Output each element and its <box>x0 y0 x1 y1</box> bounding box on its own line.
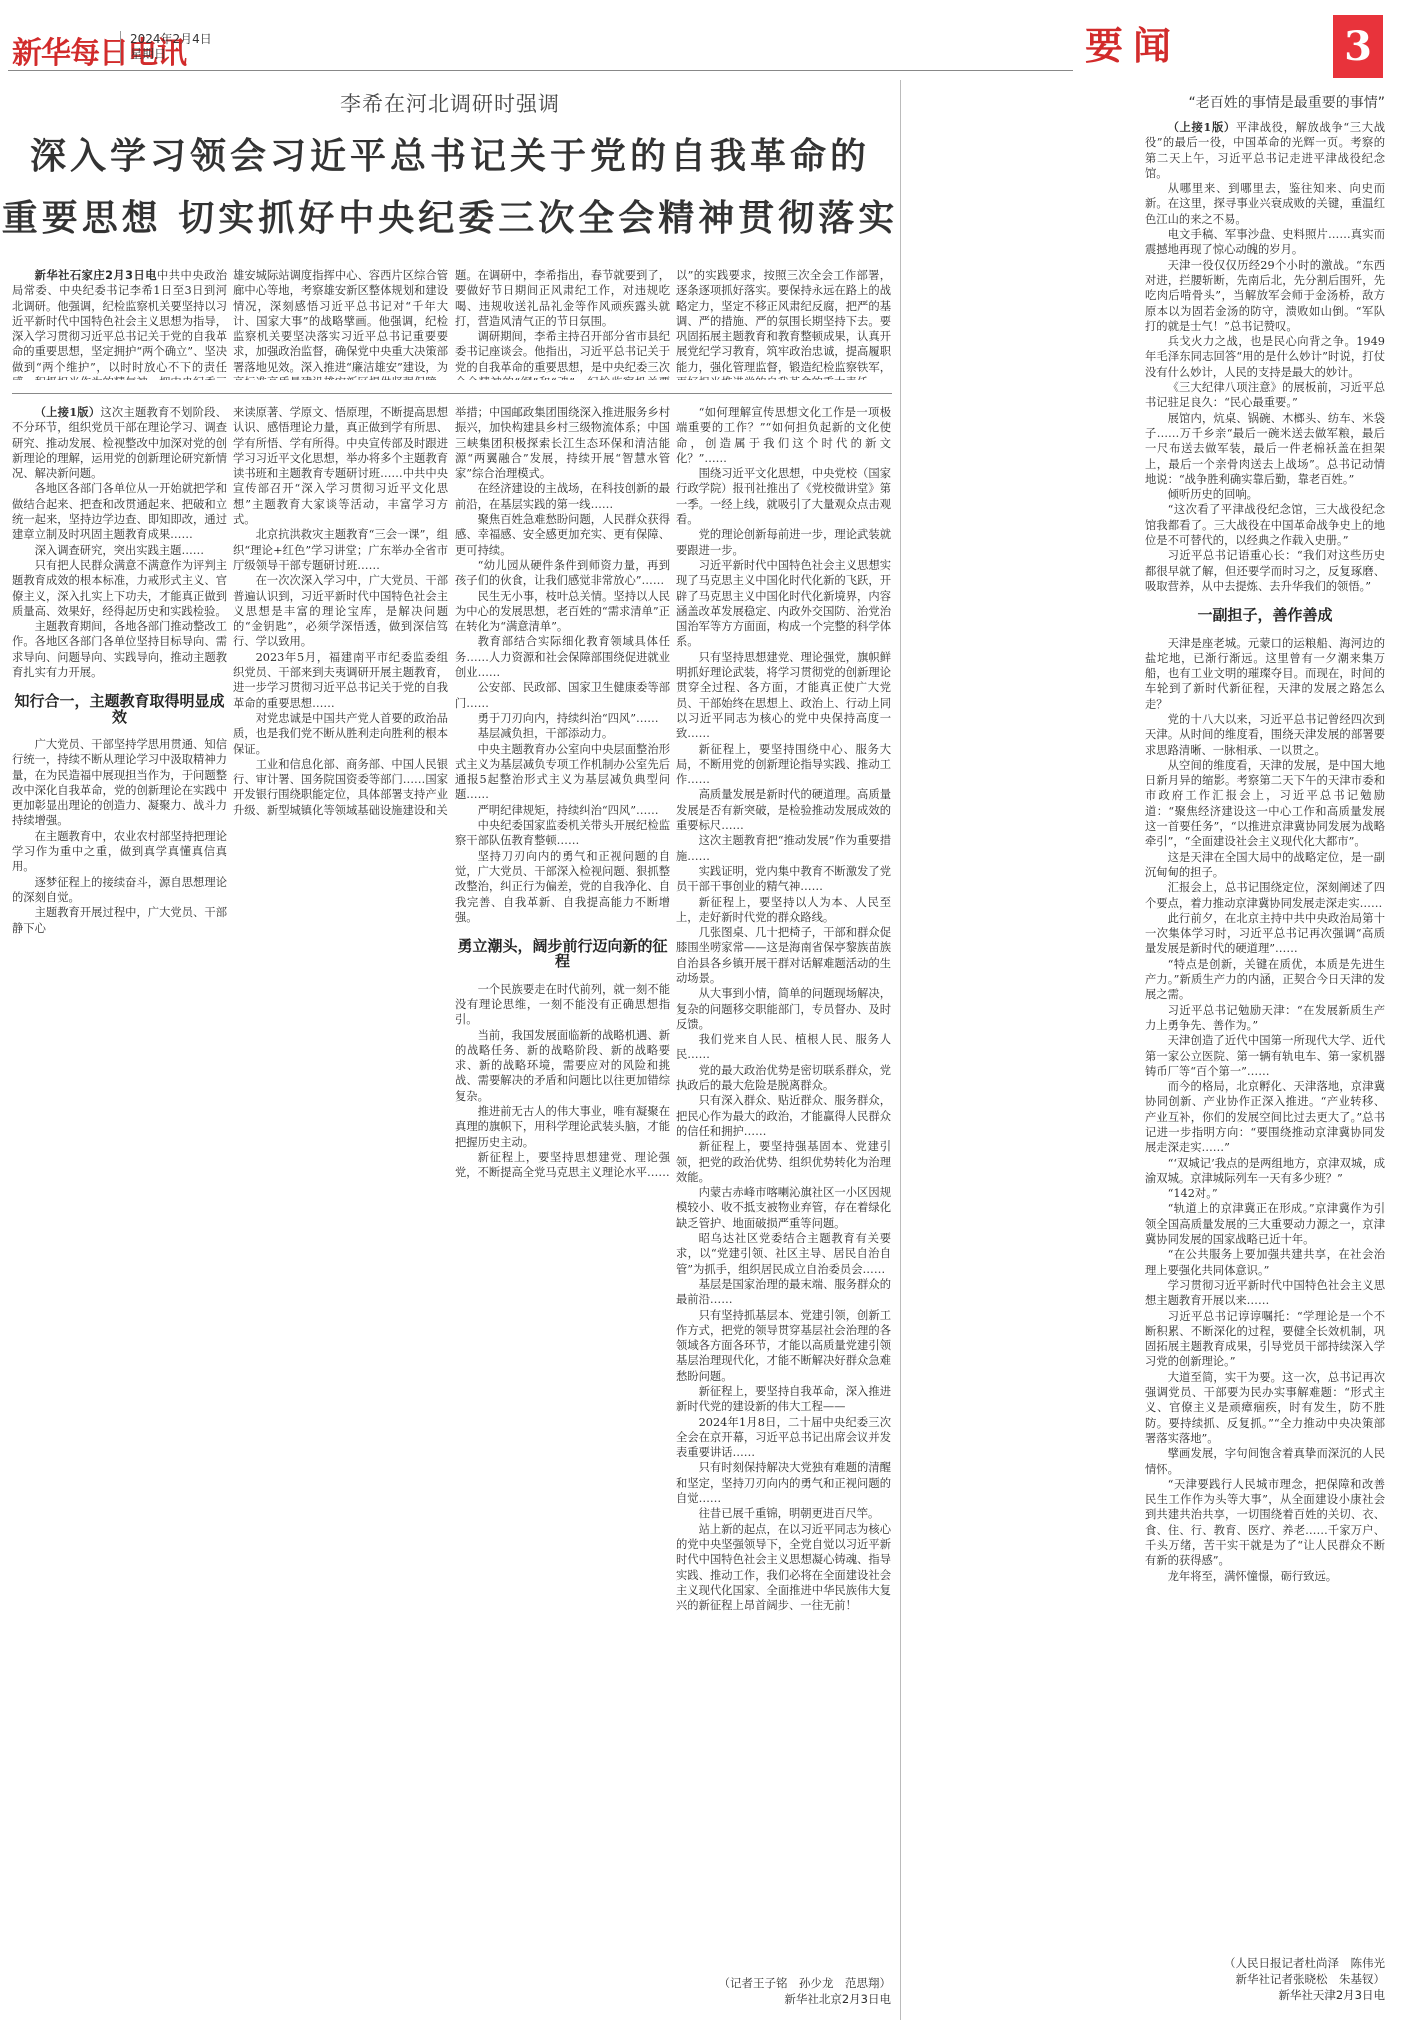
reporters-byline: （记者王子铭 孙少龙 范思翔） <box>676 1975 891 1991</box>
lead-article-col4: 以”的实践要求，按照三次全会工作部署，逐条逐项抓好落实。要保持永远在路上的战略定… <box>676 268 891 380</box>
lead-headline-line2: 重要思想 切实抓好中央纪委三次全会精神贯彻落实 <box>0 190 900 241</box>
second-article-col4: “如何理解宣传思想文化工作是一项极端重要的工作？”“如何担负起新的文化使命，创造… <box>676 405 891 2025</box>
issue-weekday: 星期日 <box>130 47 212 62</box>
masthead-rule <box>8 70 1073 71</box>
issue-date-block: 2024年2月4日 星期日 <box>130 32 212 62</box>
sidebar-subheading: 一副担子，善作善成 <box>1145 608 1385 623</box>
second-article-col3: 举措；中国邮政集团围绕深入推进服务乡村振兴，加快构建县乡村三级物流体系；中国三峡… <box>455 405 670 2025</box>
page-number-badge: 3 <box>1333 15 1383 78</box>
subheading-1: 知行合一，主题教育取得明显成效 <box>12 694 227 725</box>
continued-marker: （上接1版） <box>35 405 101 419</box>
lead-kicker: 李希在河北调研时强调 <box>0 88 900 118</box>
subheading-2: 勇立潮头，阔步前行迈向新的征程 <box>455 939 670 970</box>
issue-date: 2024年2月4日 <box>130 32 212 47</box>
second-article-byline: （记者王子铭 孙少龙 范思翔） 新华社北京2月3日电 <box>676 1975 891 2015</box>
lead-headline-line1: 深入学习领会习近平总书记关于党的自我革命的 <box>0 128 900 179</box>
sidebar-byline: （人民日报记者杜尚泽 陈伟光 新华社记者张晓松 朱基钗） 新华社天津2月3日电 <box>1145 1955 1385 2020</box>
column-divider <box>900 80 901 2020</box>
section-name: 要闻 <box>1085 15 1181 70</box>
lead-article-col1: 新华社石家庄2月3日电中共中央政治局常委、中央纪委书记李希1日至3日到河北调研。… <box>12 268 227 380</box>
sidebar-continued-marker: （上接1版） <box>1168 120 1236 134</box>
article-divider <box>12 393 892 394</box>
masthead-divider <box>120 31 121 63</box>
lead-article-col2: 雄安城际站调度指挥中心、容西片区综合管廊中心等地，考察雄安新区整体规划和建设情况… <box>233 268 448 380</box>
second-article-col1: （上接1版）这次主题教育不划阶段、不分环节，组织党员干部在理论学习、调查研究、推… <box>12 405 227 2025</box>
lead-dateline: 新华社石家庄2月3日电 <box>35 269 157 282</box>
sidebar-article-col: （上接1版）平津战役，解放战争“三大战役”的最后一役，中国革命的光辉一页。考察的… <box>1145 120 1385 2025</box>
second-article-col2: 来读原著、学原文、悟原理，不断提高思想认识、感悟理论力量，真正做到学有所思、学有… <box>233 405 448 2025</box>
sidebar-kicker: “老百姓的事情是最重要的事情” <box>1045 92 1385 112</box>
dateline-byline: 新华社北京2月3日电 <box>676 1991 891 2007</box>
lead-article-col3: 题。在调研中，李希指出，春节就要到了，要做好节日期间正风肃纪工作，对违规吃喝、违… <box>455 268 670 380</box>
masthead: 新华每日电讯 2024年2月4日 星期日 要闻 3 <box>0 0 1401 80</box>
